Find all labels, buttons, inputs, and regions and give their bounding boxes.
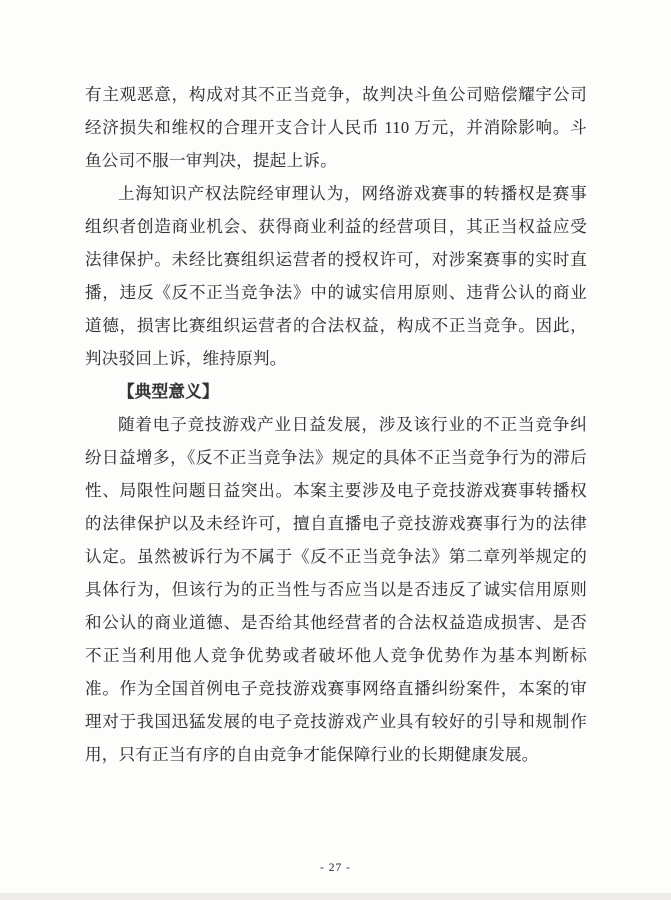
page-bottom-edge <box>0 893 671 900</box>
page-footer: - 27 - <box>0 858 671 876</box>
page-number: - 27 - <box>320 862 351 874</box>
paragraph-court-opinion: 上海知识产权法院经审理认为，网络游戏赛事的转播权是赛事组织者创造商业机会、获得商… <box>85 177 587 375</box>
section-heading-typical-significance: 【典型意义】 <box>85 375 587 408</box>
paragraph-typical-significance-body: 随着电子竞技游戏产业日益发展，涉及该行业的不正当竞争纠纷日益增多，《反不正当竞争… <box>85 408 587 771</box>
paragraph-judgment-continuation: 有主观恶意，构成对其不正当竞争，故判决斗鱼公司赔偿耀宇公司经济损失和维权的合理开… <box>85 78 587 177</box>
document-page: 有主观恶意，构成对其不正当竞争，故判决斗鱼公司赔偿耀宇公司经济损失和维权的合理开… <box>0 0 671 900</box>
document-body: 有主观恶意，构成对其不正当竞争，故判决斗鱼公司赔偿耀宇公司经济损失和维权的合理开… <box>85 78 587 771</box>
